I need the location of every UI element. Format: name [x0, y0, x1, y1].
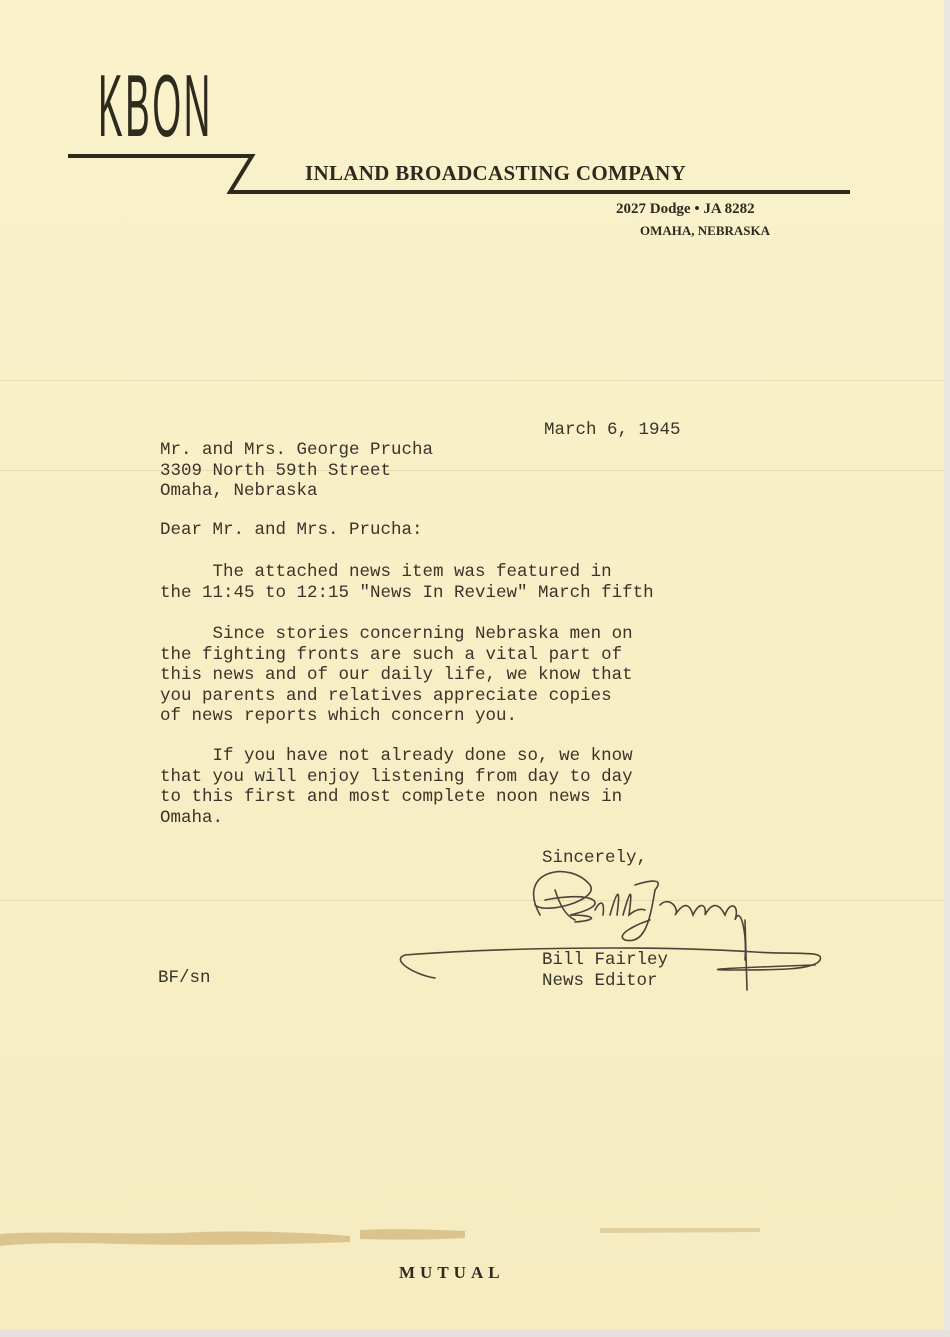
company-street-phone: 2027 Dodge • JA 8282 — [616, 201, 755, 218]
signer-block: Bill FairleyNews Editor — [542, 950, 668, 991]
company-name: INLAND BROADCASTING COMPANY — [305, 161, 686, 186]
recipient-city: Omaha, Nebraska — [160, 481, 433, 502]
page-edge-bottom — [0, 1330, 950, 1337]
station-logo: KBON — [98, 62, 213, 150]
page-edge-right — [944, 0, 950, 1337]
body-paragraph-1: The attached news item was featured in t… — [160, 562, 654, 603]
fold-stain — [0, 1222, 944, 1252]
recipient-name: Mr. and Mrs. George Prucha — [160, 440, 433, 461]
company-city: OMAHA, NEBRASKA — [640, 223, 770, 239]
body-paragraph-2: Since stories concerning Nebraska men on… — [160, 624, 633, 727]
fold-crease — [0, 470, 944, 471]
recipient-address: Mr. and Mrs. George Prucha3309 North 59t… — [160, 440, 433, 502]
signer-name: Bill Fairley — [542, 950, 668, 971]
letter-date: March 6, 1945 — [544, 420, 681, 441]
fold-crease — [0, 380, 944, 381]
network-footer: MUTUAL — [399, 1263, 505, 1283]
body-paragraph-3: If you have not already done so, we know… — [160, 746, 633, 828]
reference-initials: BF/sn — [158, 968, 211, 989]
salutation: Dear Mr. and Mrs. Prucha: — [160, 520, 423, 541]
recipient-street: 3309 North 59th Street — [160, 461, 433, 482]
signer-title: News Editor — [542, 971, 668, 992]
